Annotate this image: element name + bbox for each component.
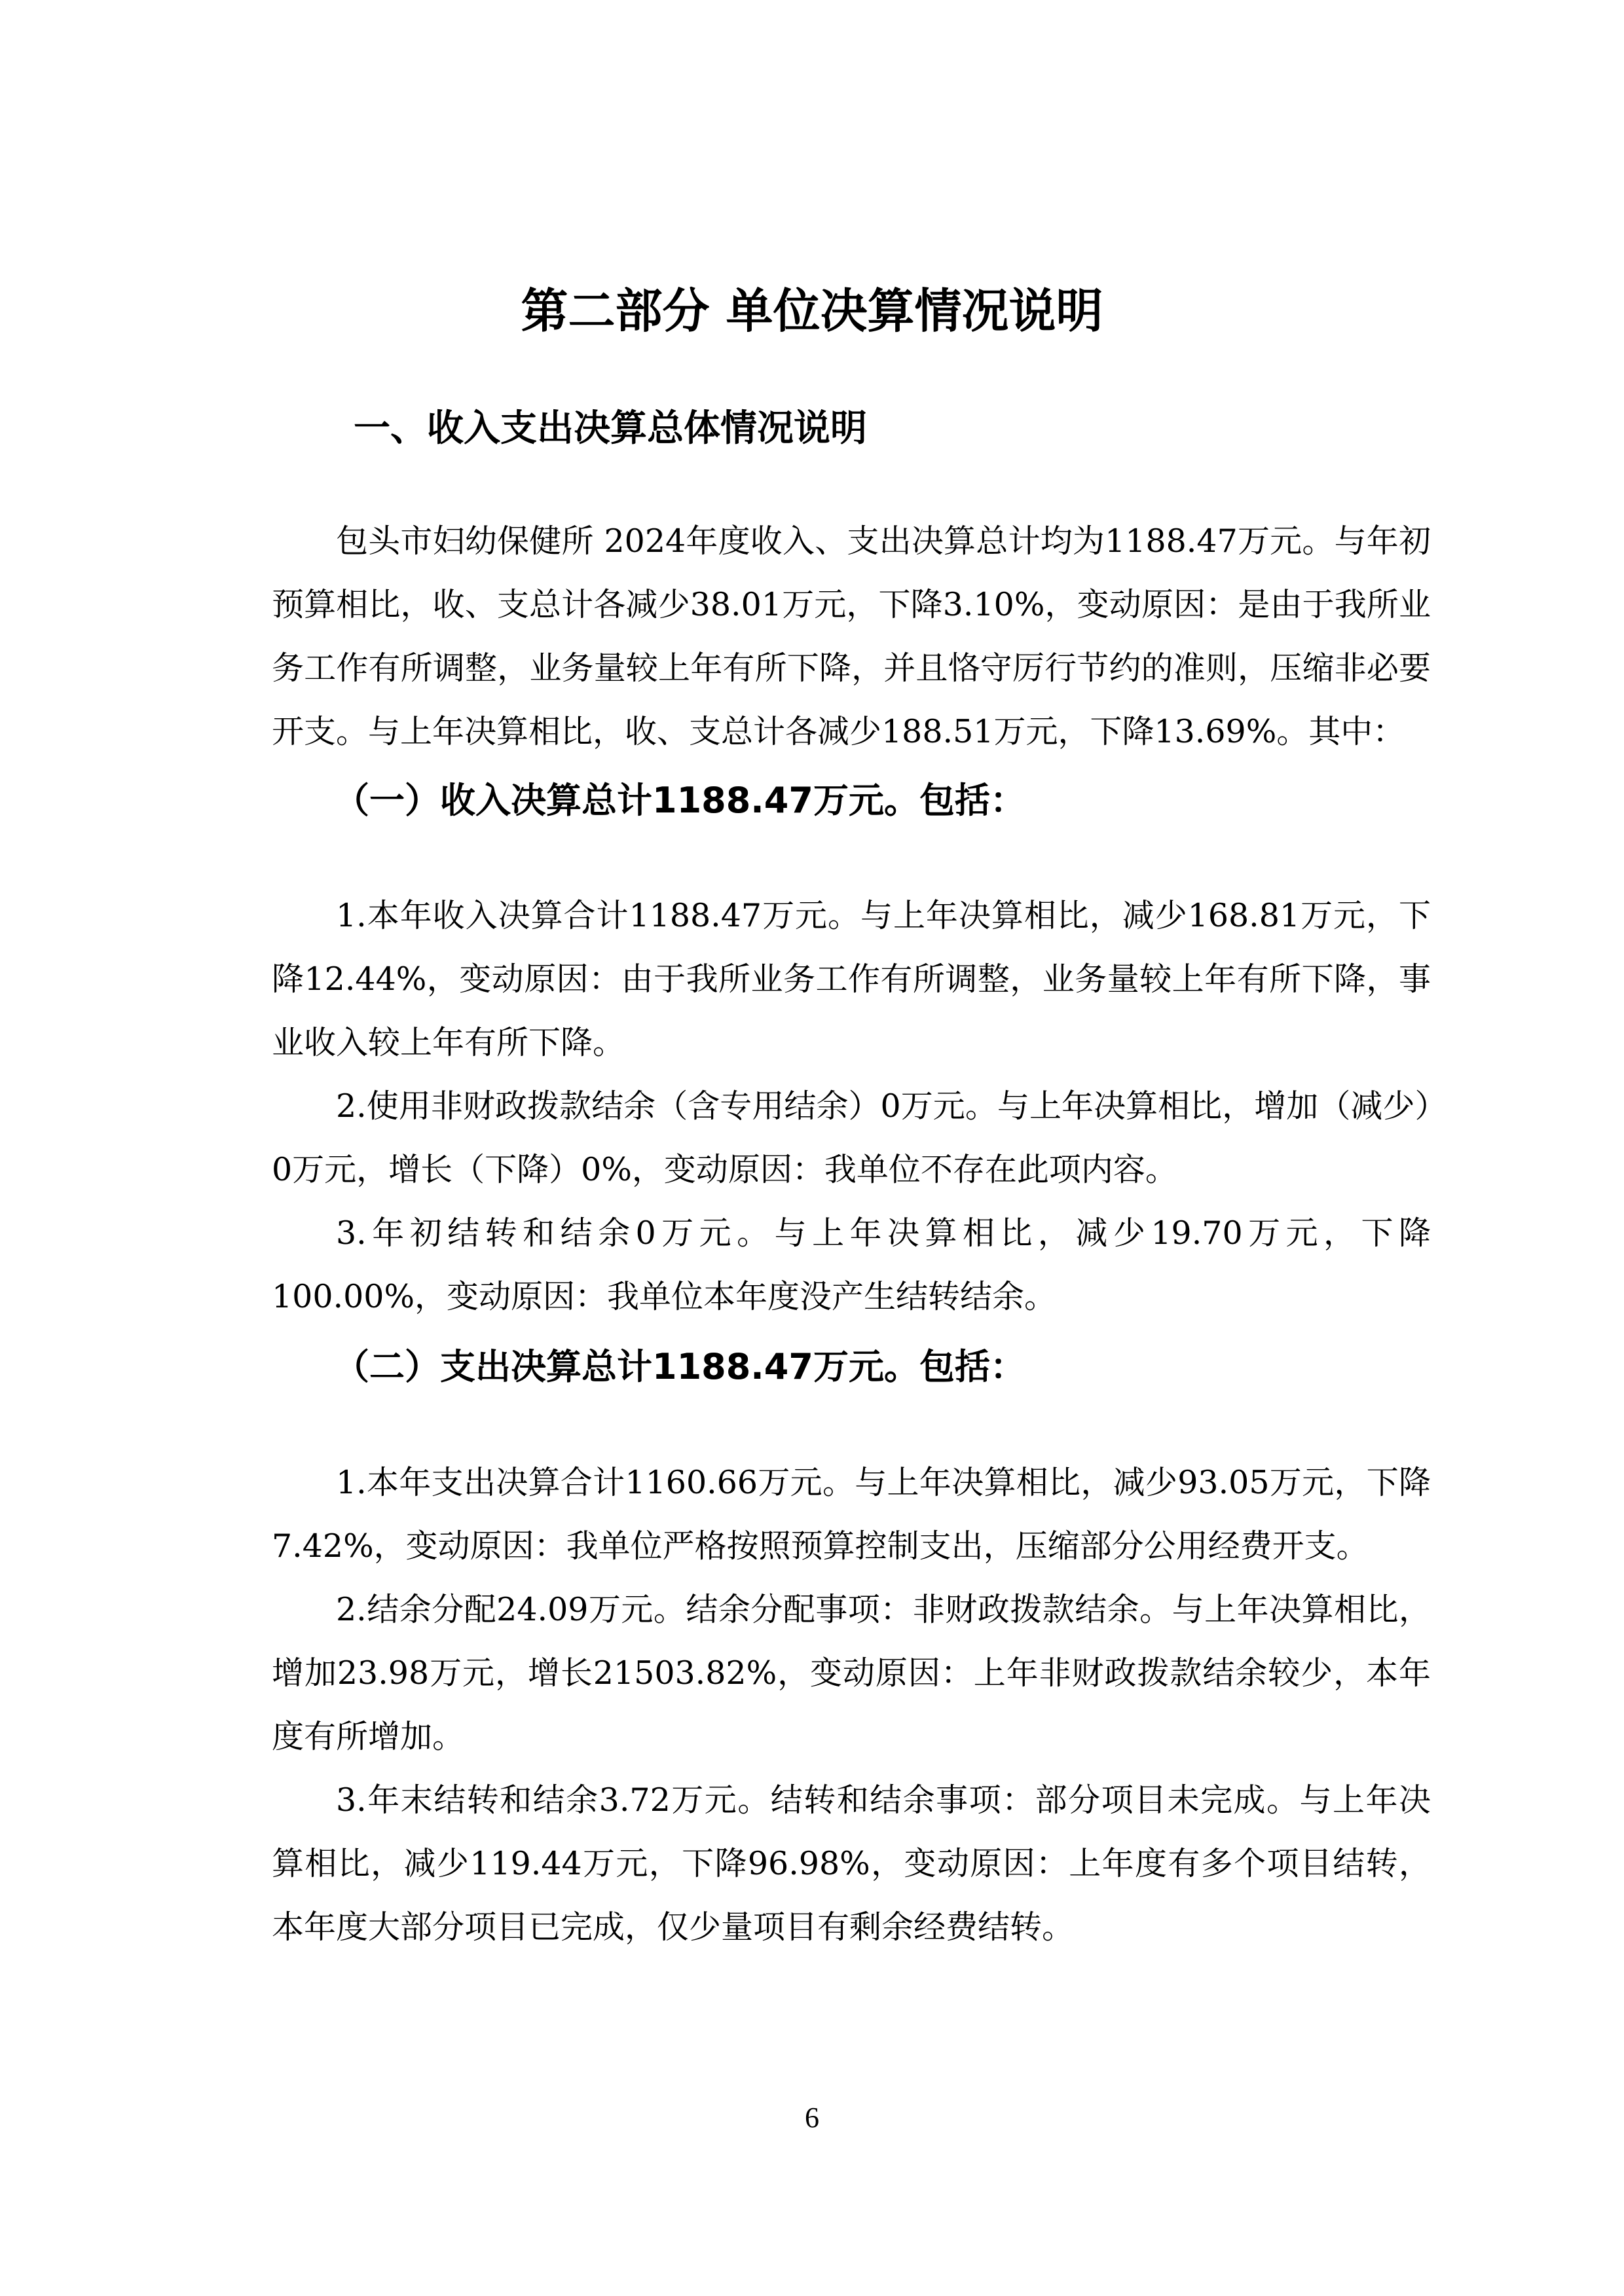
document-page: 第二部分 单位决算情况说明 一、收入支出决算总体情况说明 包头市妇幼保健所 20… [0, 0, 1624, 2296]
section-heading-overall: 一、收入支出决算总体情况说明 [354, 403, 867, 455]
expenditure-item-2: 2.结余分配24.09万元。结余分配事项：非财政拨款结余。与上年决算相比，增加2… [272, 1578, 1431, 1768]
page-number: 6 [0, 2098, 1624, 2138]
income-heading: （一）收入决算总计1188.47万元。包括： [334, 774, 1025, 827]
page-title: 第二部分 单位决算情况说明 [0, 278, 1624, 344]
overall-intro-paragraph: 包头市妇幼保健所 2024年度收入、支出决算总计均为1188.47万元。与年初预… [272, 509, 1431, 763]
expenditure-item-1: 1.本年支出决算合计1160.66万元。与上年决算相比，减少93.05万元，下降… [272, 1451, 1431, 1578]
expenditure-item-3: 3.年末结转和结余3.72万元。结转和结余事项：部分项目未完成。与上年决算相比，… [272, 1768, 1431, 1959]
income-item-2: 2.使用非财政拨款结余（含专用结余）0万元。与上年决算相比，增加（减少）0万元，… [272, 1074, 1431, 1201]
income-item-3: 3.年初结转和结余0万元。与上年决算相比，减少19.70万元，下降100.00%… [272, 1201, 1431, 1328]
income-item-1: 1.本年收入决算合计1188.47万元。与上年决算相比，减少168.81万元，下… [272, 884, 1431, 1074]
expenditure-heading: （二）支出决算总计1188.47万元。包括： [334, 1341, 1025, 1393]
